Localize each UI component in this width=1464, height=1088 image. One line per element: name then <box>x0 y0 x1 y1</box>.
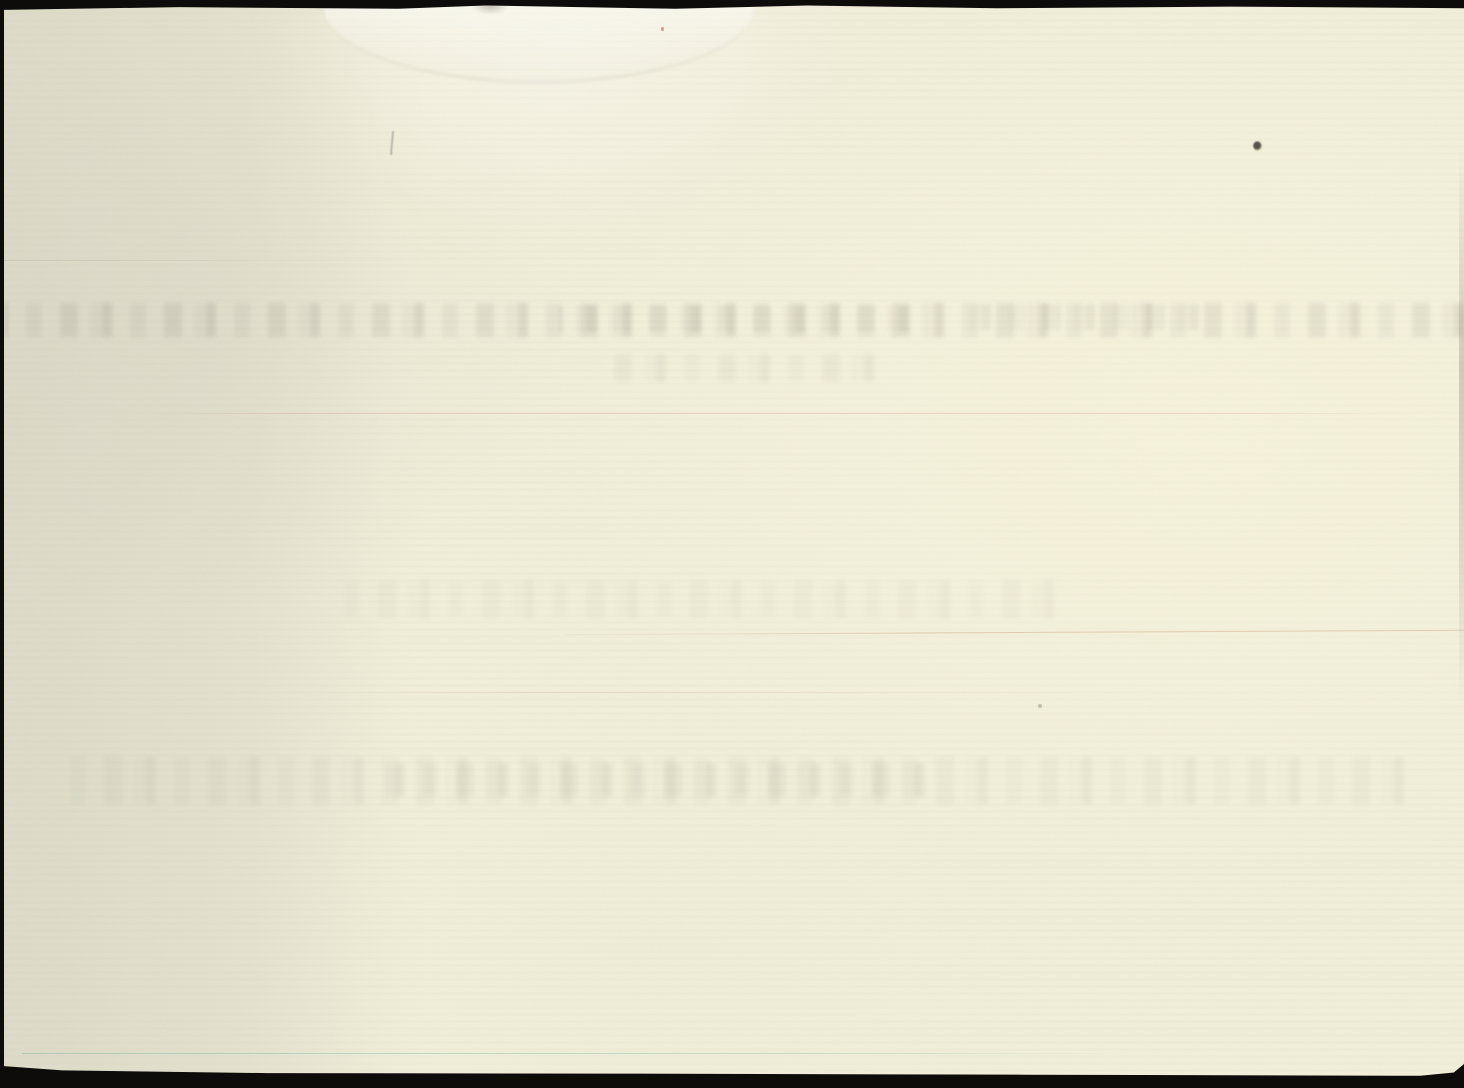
left-shading-band <box>4 5 424 1079</box>
grey-speck <box>1038 704 1042 708</box>
ink-bleedthrough-band-second <box>614 354 874 382</box>
ink-bleedthrough-cluster-2 <box>959 304 1199 330</box>
ink-bleedthrough-cluster-3 <box>384 763 924 797</box>
ink-bleedthrough-band-upper <box>4 303 1464 337</box>
ink-bleedthrough-band-lower <box>64 757 1404 805</box>
ruled-line-teal-bottom <box>22 1053 1132 1054</box>
scanner-background <box>0 0 1464 1088</box>
top-crease <box>324 0 754 83</box>
ruled-line-pink-lower <box>284 692 1164 693</box>
ink-bleedthrough-cluster-1 <box>559 306 909 332</box>
small-pen-mark <box>390 131 394 155</box>
paper-grain-texture <box>4 5 1464 1079</box>
ruled-line-faint-grey <box>4 260 434 261</box>
dark-speck <box>1253 141 1262 151</box>
ink-bleedthrough-band-middle <box>334 580 1054 618</box>
red-speck <box>661 27 664 31</box>
ruled-line-tan-middle <box>564 630 1464 635</box>
right-edge-shadow <box>1459 145 1464 705</box>
ruled-line-pink-upper <box>154 413 1404 414</box>
scanned-blank-page <box>4 5 1464 1079</box>
top-edge-tear <box>472 5 508 14</box>
